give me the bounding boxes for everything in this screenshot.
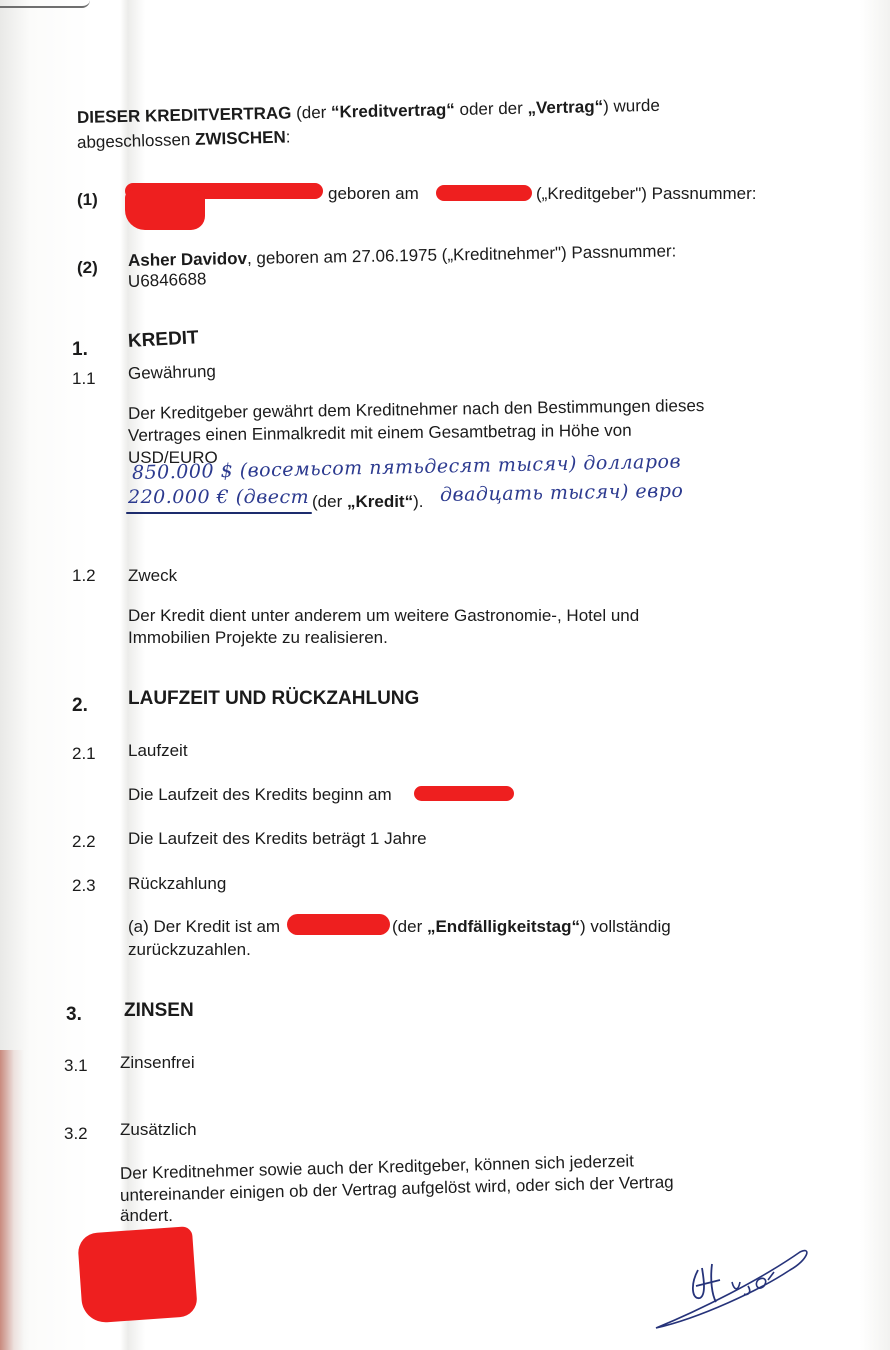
subsection-1-1-number: 1.1 [72, 369, 96, 389]
purpose-line-1: Der Kredit dient unter anderem um weiter… [128, 606, 639, 626]
repayment-line-a-pre: (a) Der Kredit ist am [128, 917, 280, 937]
redaction-start-date [414, 786, 514, 801]
subsection-2-1-title: Laufzeit [128, 741, 188, 761]
scan-edge-mark [0, 0, 90, 8]
redaction-party-1-date [436, 185, 532, 201]
subsection-1-2-title: Zweck [128, 566, 177, 586]
section-1-number: 1. [72, 339, 88, 361]
section-3-number: 3. [66, 1004, 82, 1026]
subsection-3-2-title: Zusätzlich [120, 1120, 197, 1140]
signature-icon [640, 1240, 840, 1340]
term-kreditvertrag: “Kreditvertrag“ [331, 100, 455, 122]
intro-line-2: abgeschlossen ZWISCHEN: [77, 127, 291, 153]
subsection-2-2-number: 2.2 [72, 832, 96, 852]
section-2-number: 2. [72, 695, 88, 717]
handwritten-amount-eur: 220.000 € (двест [128, 486, 309, 508]
party-2-number: (2) [77, 258, 98, 278]
redaction-maturity-date [287, 914, 390, 935]
redaction-lender-signature [77, 1226, 198, 1324]
party-1-born-label: geboren am [328, 184, 419, 204]
term-vertrag: „Vertrag“ [527, 97, 603, 118]
party-2-line: Asher Davidov, geboren am 27.06.1975 („K… [128, 241, 677, 271]
section-3-title: ZINSEN [124, 1000, 194, 1022]
subsection-2-3-number: 2.3 [72, 876, 96, 896]
subsection-2-3-title: Rückzahlung [128, 874, 226, 894]
subsection-3-1-number: 3.1 [64, 1056, 88, 1076]
grant-line-1: Der Kreditgeber gewährt dem Kreditnehmer… [128, 396, 705, 424]
party-1-number: (1) [77, 190, 98, 210]
repayment-line-b: zurückzuzahlen. [128, 940, 251, 960]
subsection-1-1-title: Gewährung [128, 362, 216, 384]
finger-shadow [0, 1050, 24, 1350]
handwritten-amount-eur-words: двадцать тысяч) евро [440, 480, 684, 506]
intro-lead: DIESER KREDITVERTRAG [77, 104, 292, 127]
party-2-passport: U6846688 [128, 269, 207, 292]
section-1-title: KREDIT [127, 327, 199, 353]
kredit-definition: (der „Kredit“). [312, 492, 423, 512]
subsection-2-1-number: 2.1 [72, 744, 96, 764]
intro-line-1: DIESER KREDITVERTRAG (der “Kreditvertrag… [77, 96, 660, 128]
term-duration-text: Die Laufzeit des Kredits beträgt 1 Jahre [128, 829, 427, 849]
grant-line-2: Vertrages einen Einmalkredit mit einem G… [128, 421, 632, 446]
subsection-1-2-number: 1.2 [72, 566, 96, 586]
document-page: DIESER KREDITVERTRAG (der “Kreditvertrag… [0, 0, 890, 1350]
party-1-role: („Kreditgeber") Passnummer: [536, 184, 757, 204]
section-2-title: LAUFZEIT UND RÜCKZAHLUNG [128, 688, 419, 710]
subsection-3-2-number: 3.2 [64, 1124, 88, 1144]
purpose-line-2: Immobilien Projekte zu realisieren. [128, 628, 388, 648]
handwritten-underline [126, 512, 312, 514]
party-2-name: Asher Davidov [128, 249, 247, 270]
redaction-party-1-name-tail [125, 190, 205, 230]
repayment-line-a-post: (der „Endfälligkeitstag“) vollständig [392, 917, 671, 937]
subsection-3-1-title: Zinsenfrei [120, 1053, 195, 1073]
term-start-text: Die Laufzeit des Kredits beginn am [128, 785, 392, 805]
additional-line-3: ändert. [120, 1206, 173, 1226]
